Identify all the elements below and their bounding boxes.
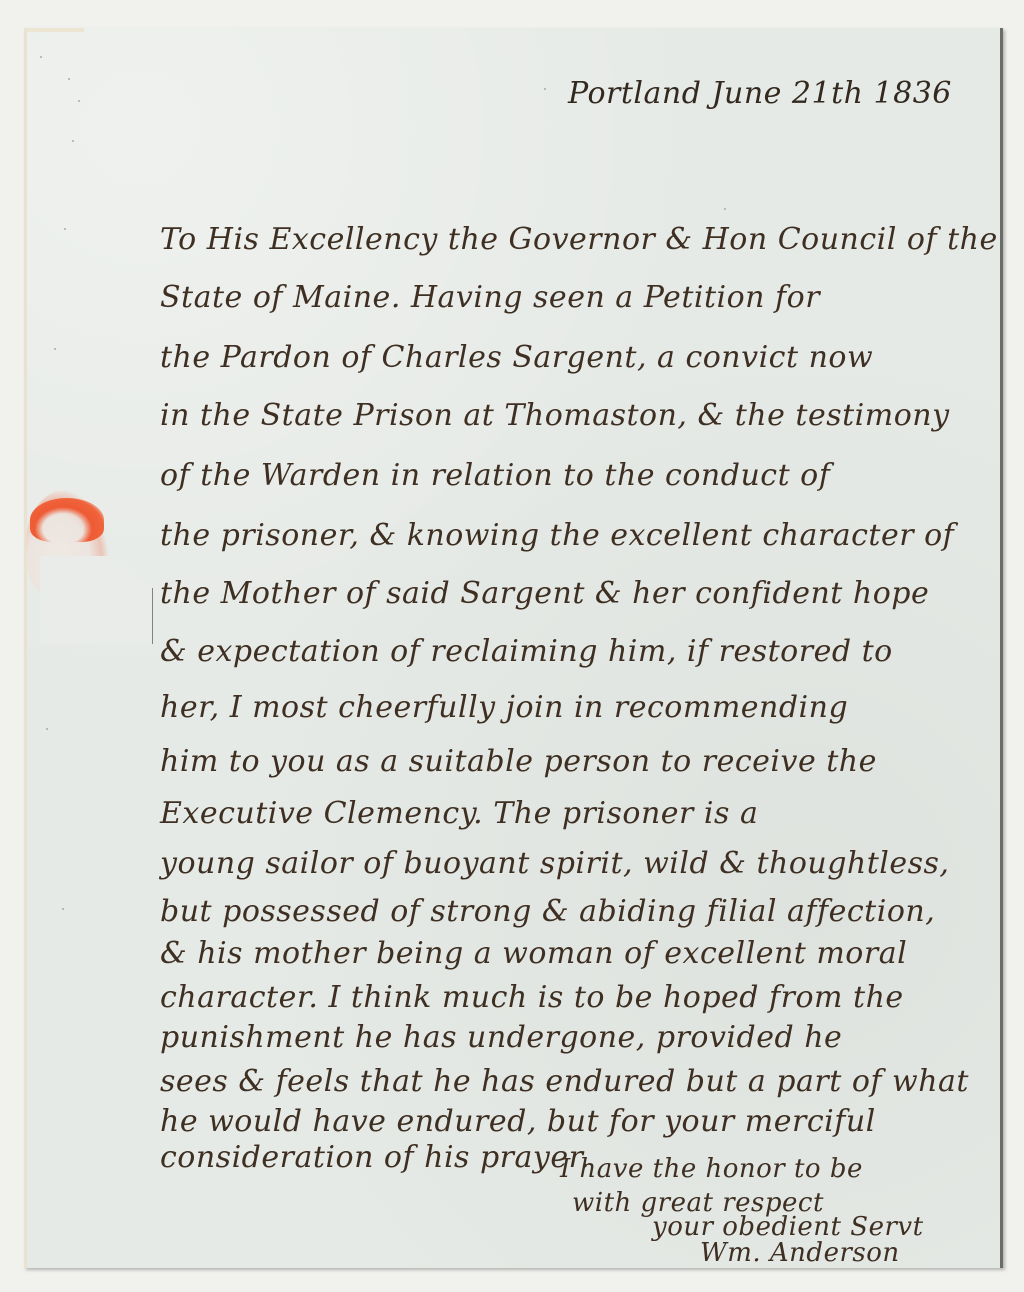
paper-speck xyxy=(54,348,56,350)
body-line: the Pardon of Charles Sargent, a convict… xyxy=(160,340,873,375)
body-line: State of Maine. Having seen a Petition f… xyxy=(160,280,820,315)
body-line: Executive Clemency. The prisoner is a xyxy=(160,796,758,831)
paper-left-edge xyxy=(24,28,27,1268)
body-line: character. I think much is to be hoped f… xyxy=(160,980,904,1015)
body-line: sees & feels that he has endured but a p… xyxy=(160,1064,969,1099)
body-line: of the Warden in relation to the conduct… xyxy=(160,458,830,493)
paper-speck xyxy=(72,140,74,142)
body-line: he would have endured, but for your merc… xyxy=(160,1104,876,1139)
dateline: Portland June 21th 1836 xyxy=(568,76,952,111)
body-line: young sailor of buoyant spirit, wild & t… xyxy=(160,846,949,881)
body-line: him to you as a suitable person to recei… xyxy=(160,744,877,779)
paper-speck xyxy=(64,228,66,230)
paper-speck xyxy=(68,78,70,80)
body-line: the Mother of said Sargent & her confide… xyxy=(160,576,929,611)
body-line: punishment he has undergone, provided he xyxy=(160,1020,842,1055)
body-line: in the State Prison at Thomaston, & the … xyxy=(160,398,950,433)
flap-edge xyxy=(152,588,153,644)
paper-speck xyxy=(46,728,48,730)
body-line: & his mother being a woman of excellent … xyxy=(160,936,907,971)
paper-speck xyxy=(544,88,546,90)
body-line: & expectation of reclaiming him, if rest… xyxy=(160,634,893,669)
body-line: her, I most cheerfully join in recommend… xyxy=(160,690,848,725)
signature: Wm. Anderson xyxy=(700,1238,900,1268)
body-line: but possessed of strong & abiding filial… xyxy=(160,894,935,929)
paper-speck xyxy=(40,56,42,58)
body-line: consideration of his prayer. xyxy=(160,1140,590,1175)
paper-speck xyxy=(724,208,726,210)
red-wax xyxy=(30,498,104,542)
body-line: the prisoner, & knowing the excellent ch… xyxy=(160,518,954,553)
paper-top-edge xyxy=(24,28,84,32)
paper-speck xyxy=(78,100,80,102)
paper-speck xyxy=(62,908,64,910)
closing-line: I have the honor to be xyxy=(560,1154,863,1184)
body-line: To His Excellency the Governor & Hon Cou… xyxy=(160,222,998,257)
